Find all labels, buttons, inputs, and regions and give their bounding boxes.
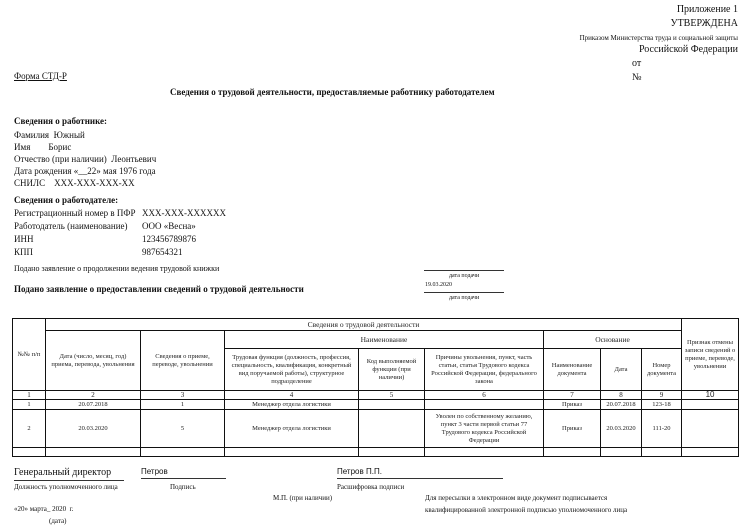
number-label: № [632, 72, 642, 83]
col-code-header: Код выполняемой функции (при наличии) [359, 349, 425, 391]
column-number-row: 1 2 3 4 5 6 7 8 9 10 [13, 391, 739, 400]
cell-num: 1 [13, 400, 46, 410]
appendix-label: Приложение 1 [677, 4, 738, 15]
cell-reason [425, 400, 544, 410]
table-row: 2 20.03.2020 5 Менеджер отдела логистики… [13, 410, 739, 448]
cell-doc-name: Приказ [544, 400, 601, 410]
position-caption: Должность уполномоченного лица [14, 483, 118, 491]
col-function-header: Трудовая функция (должность, профессия, … [225, 349, 359, 391]
col-number: 1 [13, 391, 46, 400]
date-line-1 [424, 270, 504, 271]
electronic-note-line-1: Для пересылки в электронном виде докумен… [425, 494, 607, 502]
cell-doc-name: Приказ [544, 410, 601, 448]
cell-empty [13, 448, 46, 457]
date-caption-2: дата подачи [449, 295, 479, 301]
col-cancel-header: Признак отмены записи сведений о приеме,… [682, 319, 739, 391]
cell-empty [682, 448, 739, 457]
cell-doc-number: 123-18 [642, 400, 682, 410]
decoding-line [337, 478, 503, 479]
col-number: 5 [359, 391, 425, 400]
cell-empty [46, 448, 141, 457]
employee-surname: Фамилия Южный [14, 130, 85, 140]
stamp-label: М.П. (при наличии) [273, 494, 332, 502]
employee-snils: СНИЛС XXX-XXX-XXX-XX [14, 178, 135, 188]
cell-empty [141, 448, 225, 457]
position-line [14, 480, 124, 481]
employer-name-label: Работодатель (наименование) [14, 221, 128, 231]
cell-doc-date: 20.07.2018 [601, 400, 642, 410]
signature-caption: Подпись [170, 483, 196, 491]
cell-reason: Уволен по собственному желанию, пункт 3 … [425, 410, 544, 448]
decoding-value: Петров П.П. [337, 467, 382, 476]
pfr-label: Регистрационный номер в ПФР [14, 208, 136, 218]
date-line-2 [424, 292, 504, 293]
electronic-note-line-2: квалифицированной электронной подписью у… [425, 506, 627, 514]
inn-label: ИНН [14, 234, 34, 244]
position-value: Генеральный директор [14, 467, 111, 478]
col-info-header: Сведения о приеме, переводе, увольнении [141, 331, 225, 391]
labor-activity-table: №№ п/п Сведения о трудовой деятельности … [12, 318, 739, 457]
group-header: Сведения о трудовой деятельности [46, 319, 682, 331]
employer-name-value: ООО «Весна» [142, 221, 196, 231]
employee-name: Имя Борис [14, 142, 71, 152]
kpp-value: 987654321 [142, 247, 183, 257]
cell-doc-number: 111-20 [642, 410, 682, 448]
employee-heading: Сведения о работнике: [14, 116, 107, 126]
cell-date: 20.03.2020 [46, 410, 141, 448]
sign-date-value: «20» марта_ 2020 г. [14, 505, 73, 513]
col-number: 9 [642, 391, 682, 400]
provide-info-statement: Подано заявление о предоставлении сведен… [14, 284, 304, 294]
cell-empty [544, 448, 601, 457]
naming-header: Наименование [225, 331, 544, 349]
cell-function: Менеджер отдела логистики [225, 410, 359, 448]
sign-date-caption: (дата) [49, 517, 66, 525]
cell-doc-date: 20.03.2020 [601, 410, 642, 448]
cell-function: Менеджер отдела логистики [225, 400, 359, 410]
cell-date: 20.07.2018 [46, 400, 141, 410]
page-title: Сведения о трудовой деятельности, предос… [170, 87, 495, 97]
col-number: 3 [141, 391, 225, 400]
signature-value: Петров [141, 467, 168, 476]
employee-birth-date: Дата рождения «__22» мая 1976 года [14, 166, 156, 176]
order-line: Приказом Министерства труда и социальной… [580, 34, 738, 42]
col-doc-date-header: Дата [601, 349, 642, 391]
cell-empty [642, 448, 682, 457]
inn-value: 123456789876 [142, 234, 196, 244]
cell-code [359, 400, 425, 410]
cell-num: 2 [13, 410, 46, 448]
cell-code [359, 410, 425, 448]
cell-cancel [682, 410, 739, 448]
form-name: Форма СТД-Р [14, 71, 67, 81]
col-doc-number-header: Номер документа [642, 349, 682, 391]
signature-line [141, 478, 226, 479]
col-number: 10 [682, 391, 739, 400]
employee-patronymic: Отчество (при наличии) Леонтьевич [14, 154, 156, 164]
col-number: 2 [46, 391, 141, 400]
pfr-value: XXX-XXX-XXXXXX [142, 208, 226, 218]
cell-empty [225, 448, 359, 457]
col-number: 6 [425, 391, 544, 400]
col-reasons-header: Причины увольнения, пункт, часть статьи,… [425, 349, 544, 391]
cell-empty [601, 448, 642, 457]
table-row: 1 20.07.2018 1 Менеджер отдела логистики… [13, 400, 739, 410]
cell-info: 5 [141, 410, 225, 448]
cell-empty [425, 448, 544, 457]
col-number: 7 [544, 391, 601, 400]
cell-empty [359, 448, 425, 457]
col-date-header: Дата (число, месяц, год) приема, перевод… [46, 331, 141, 391]
cell-cancel [682, 400, 739, 410]
date-caption-1: дата подачи [449, 273, 479, 279]
basis-header: Основание [544, 331, 682, 349]
col-num-header: №№ п/п [13, 319, 46, 391]
from-label: от [632, 58, 641, 69]
employer-heading: Сведения о работодателе: [14, 195, 118, 205]
col-doc-name-header: Наименование документа [544, 349, 601, 391]
decoding-caption: Расшифровка подписи [337, 483, 404, 491]
kpp-label: КПП [14, 247, 33, 257]
country-line: Российской Федерации [639, 44, 738, 55]
approved-label: УТВЕРЖДЕНА [670, 18, 738, 29]
date-value-2: 19.03.2020 [425, 282, 452, 288]
table-row-empty [13, 448, 739, 457]
continue-book-statement: Подано заявление о продолжении ведения т… [14, 264, 219, 273]
col-number: 4 [225, 391, 359, 400]
col-number: 8 [601, 391, 642, 400]
cell-info: 1 [141, 400, 225, 410]
